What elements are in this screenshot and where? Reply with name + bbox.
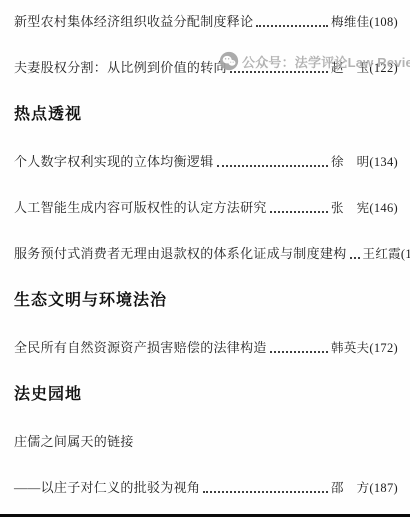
entry-page-number: (146) <box>369 199 398 217</box>
toc-entry: ——以庄子对仁义的批驳为视角邵 方(187) <box>14 479 398 497</box>
entry-title: 夫妻股权分割：从比例到价值的转向 <box>14 59 227 77</box>
dotted-leader <box>270 210 328 213</box>
bottom-rule <box>0 514 410 517</box>
dotted-leader <box>256 24 328 27</box>
toc-entry: 全民所有自然资源资产损害赔偿的法律构造韩英夫(172) <box>14 339 398 357</box>
entry-page-number: (122) <box>369 59 398 77</box>
entry-author: 张 宪 <box>331 199 369 217</box>
dotted-leader <box>350 256 360 259</box>
journal-toc-page: 新型农村集体经济组织收益分配制度释论梅维佳(108)夫妻股权分割：从比例到价值的… <box>0 0 410 519</box>
entry-title: 服务预付式消费者无理由退款权的体系化证成与制度建构 <box>14 245 347 263</box>
entry-author: 徐 明 <box>331 153 369 171</box>
entry-title: 个人数字权利实现的立体均衡逻辑 <box>14 153 214 171</box>
toc-entry: 个人数字权利实现的立体均衡逻辑徐 明(134) <box>14 153 398 171</box>
dotted-leader <box>230 70 328 73</box>
dotted-leader <box>270 350 328 353</box>
toc-entry: 服务预付式消费者无理由退款权的体系化证成与制度建构王红霞(161) <box>14 245 398 263</box>
entry-title: 庄儒之间属天的链接 <box>14 433 134 451</box>
section-heading: 热点透视 <box>14 105 398 125</box>
entry-title: ——以庄子对仁义的批驳为视角 <box>14 479 200 497</box>
section-heading: 生态文明与环境法治 <box>14 291 398 311</box>
entry-page-number: (108) <box>369 13 398 31</box>
section-heading: 法史园地 <box>14 385 398 405</box>
entry-page-number: (161) <box>401 245 410 263</box>
entry-title: 新型农村集体经济组织收益分配制度释论 <box>14 13 253 31</box>
entry-page-number: (187) <box>369 479 398 497</box>
entry-page-number: (172) <box>369 339 398 357</box>
toc-entry: 庄儒之间属天的链接 <box>14 433 398 451</box>
toc-list: 新型农村集体经济组织收益分配制度释论梅维佳(108)夫妻股权分割：从比例到价值的… <box>0 0 410 497</box>
entry-page-number: (134) <box>369 153 398 171</box>
entry-author: 王红霞 <box>363 245 401 263</box>
entry-author: 赵 玉 <box>331 59 369 77</box>
entry-author: 韩英夫 <box>331 339 369 357</box>
dotted-leader <box>217 164 329 167</box>
entry-author: 邵 方 <box>331 479 369 497</box>
dotted-leader <box>203 490 328 493</box>
toc-entry: 新型农村集体经济组织收益分配制度释论梅维佳(108) <box>14 13 398 31</box>
toc-entry: 人工智能生成内容可版权性的认定方法研究张 宪(146) <box>14 199 398 217</box>
entry-title: 全民所有自然资源资产损害赔偿的法律构造 <box>14 339 267 357</box>
entry-title: 人工智能生成内容可版权性的认定方法研究 <box>14 199 267 217</box>
entry-author: 梅维佳 <box>331 13 369 31</box>
toc-entry: 夫妻股权分割：从比例到价值的转向赵 玉(122) <box>14 59 398 77</box>
